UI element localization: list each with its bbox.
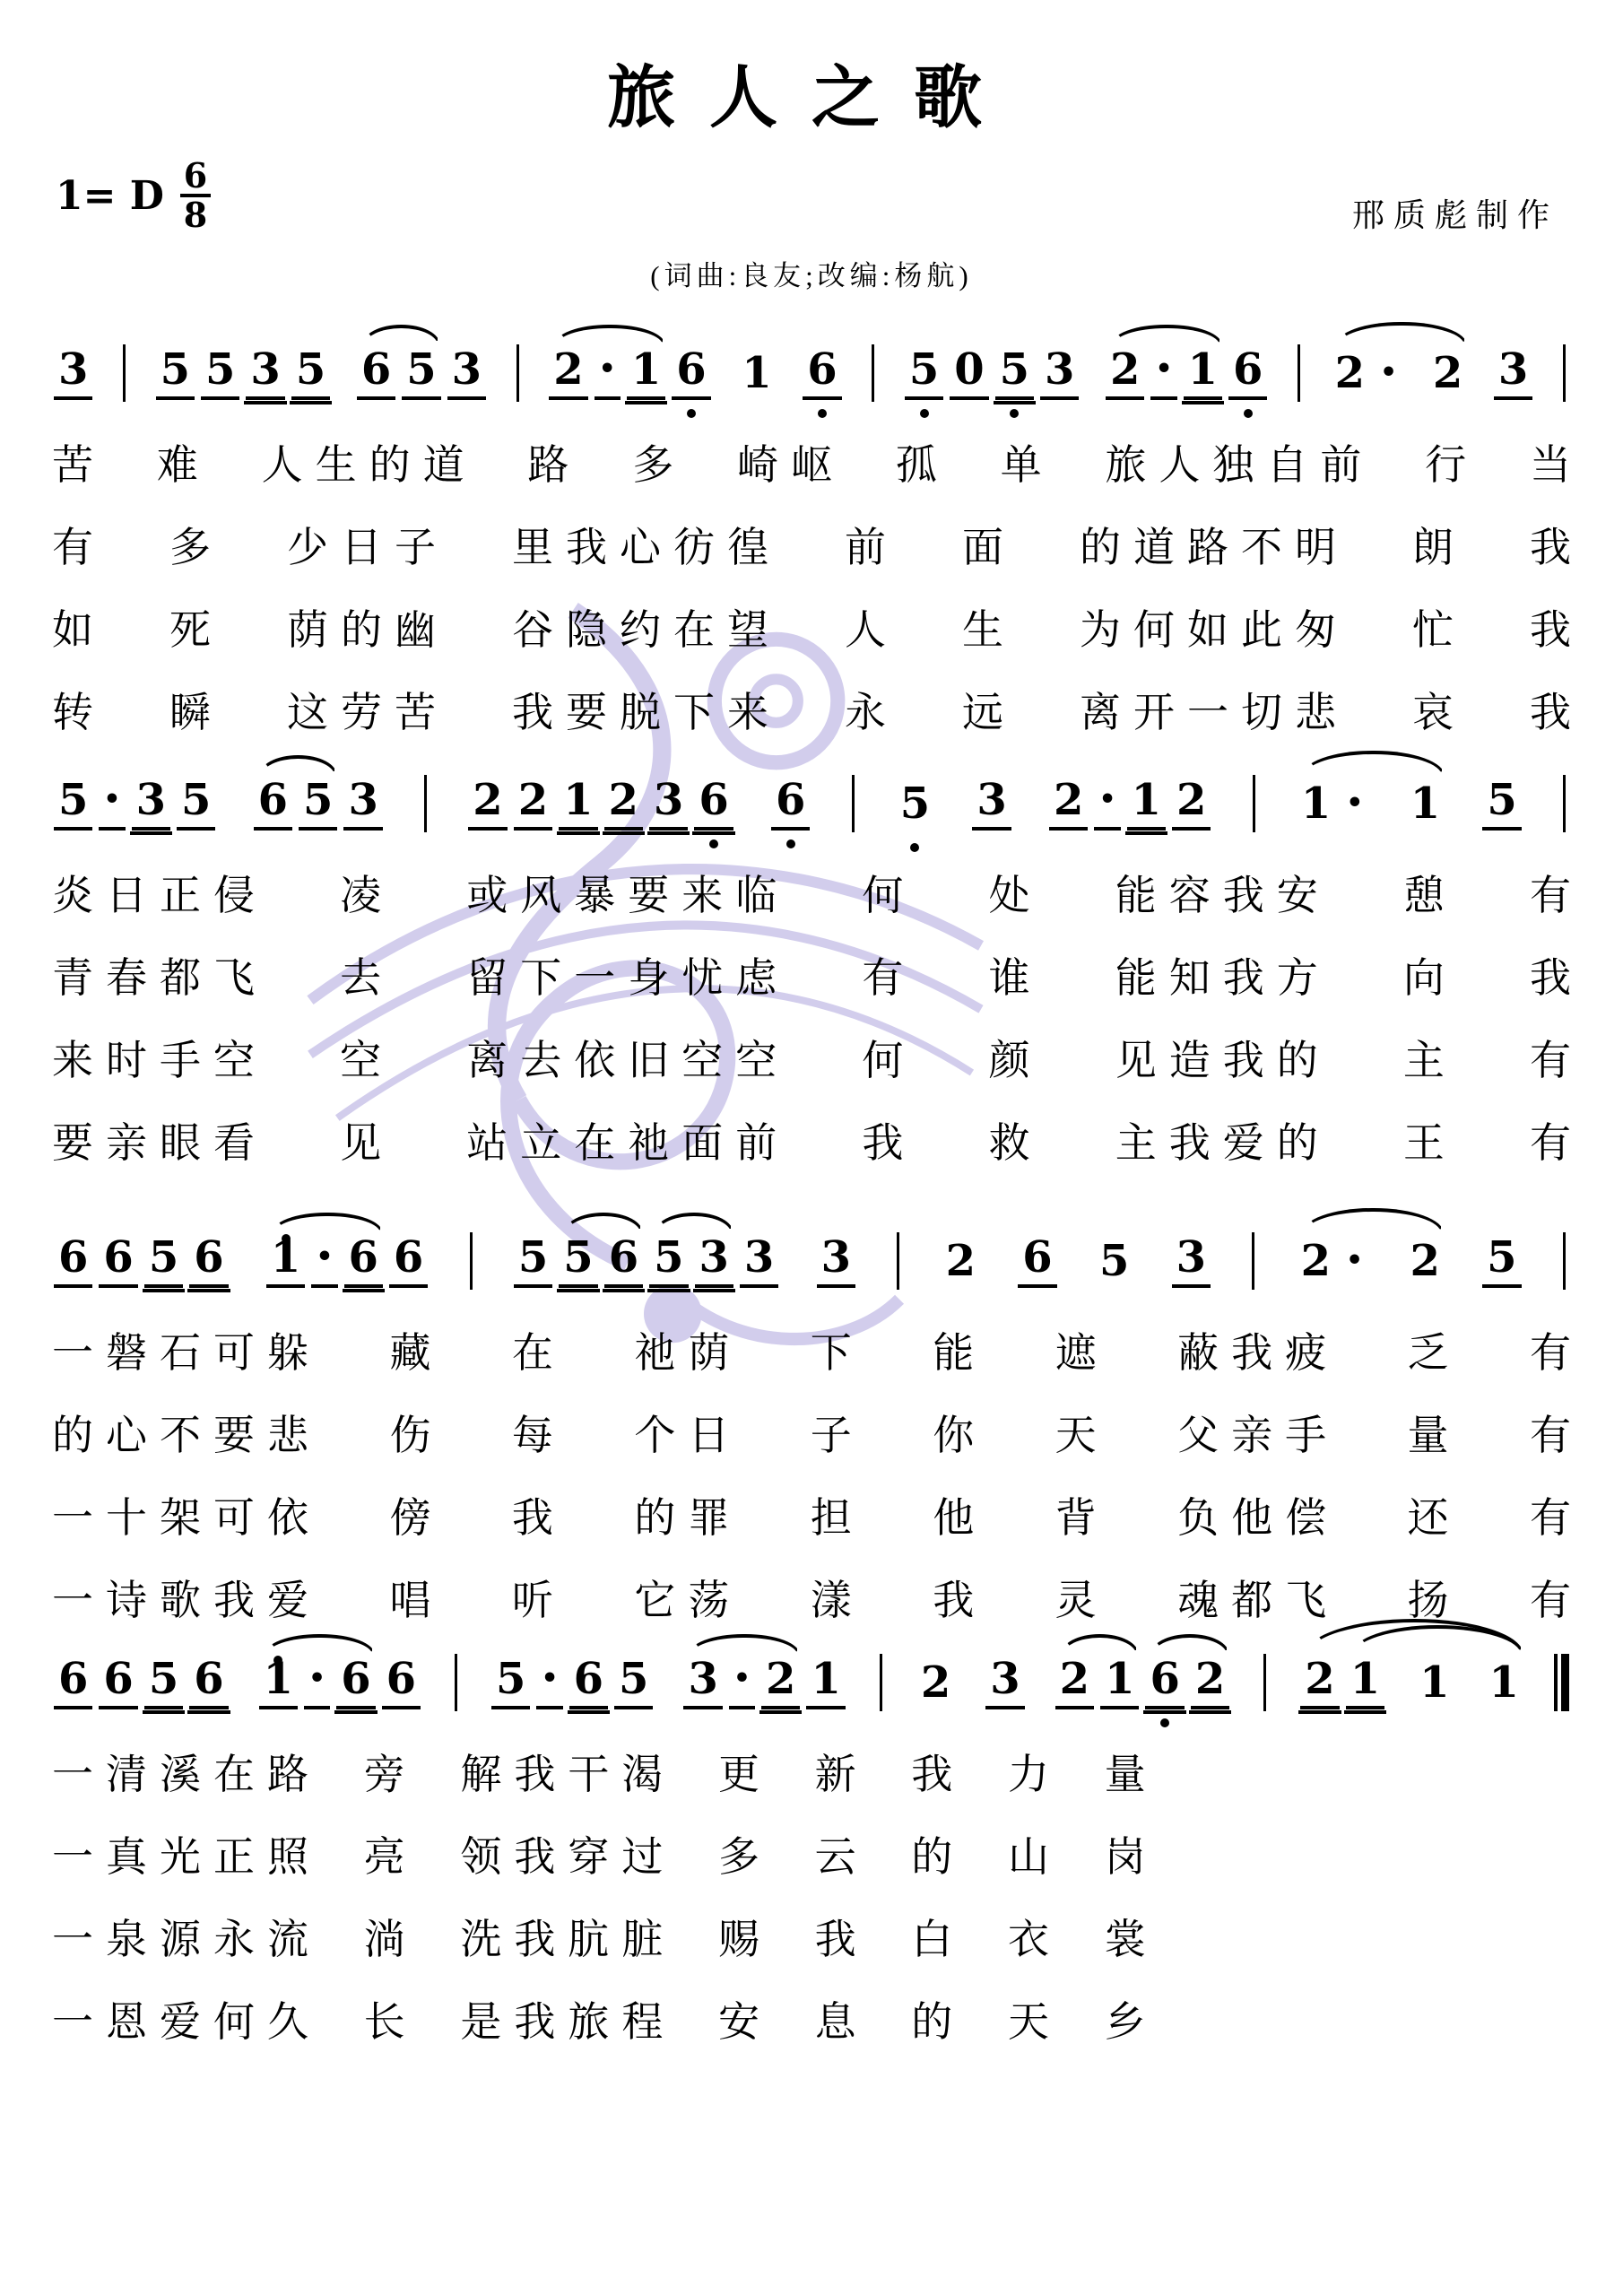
lyric-group: 单	[1001, 432, 1055, 491]
lyric-row: 一磐石可躲藏在祂荫下能遮蔽我疲乏有	[52, 1320, 1571, 1379]
lyric-group: 孤	[896, 432, 950, 491]
lyric-group: 有	[1530, 1403, 1584, 1462]
lyric-group: 祂荫	[634, 1320, 742, 1379]
note-group: 5•35	[54, 777, 215, 831]
lyric-group: 我	[1530, 515, 1584, 574]
low-octave-dot	[1160, 1718, 1169, 1727]
lyric-group: 这劳苦	[287, 680, 448, 739]
note: 2	[1428, 350, 1467, 400]
lyric-row: 苦难人生的道路多崎岖孤单旅人独自前行当	[52, 432, 1571, 491]
lyric-row: 炎日正侵凌或风暴要来临何处能容我安憩有	[52, 863, 1571, 922]
lyric-group: 量	[1408, 1403, 1462, 1462]
note: 3	[132, 777, 170, 831]
note-group: 1•	[1297, 780, 1368, 831]
note: 5	[649, 1234, 688, 1288]
note: 5	[291, 346, 330, 400]
lyric-group: 息	[815, 1989, 869, 2048]
note: 1	[1100, 1656, 1139, 1709]
lyric-row: 一泉源永流淌洗我肮脏赐我白衣裳	[52, 1907, 1146, 1966]
lyric-group: 有	[862, 945, 916, 1004]
lyric-group: 我	[815, 1907, 869, 1966]
lyric-group: 是我旅程	[460, 1989, 675, 2048]
lyric-group: 能知我方	[1115, 945, 1331, 1004]
note-group: 2•16	[1106, 346, 1267, 400]
lyric-group: 有	[1530, 1485, 1584, 1544]
note: 6	[336, 1656, 375, 1709]
note: 3	[447, 346, 486, 400]
lyric-group: 新	[815, 1742, 869, 1801]
lyric-group: 有	[1530, 863, 1584, 922]
lyric-group: 人生的道	[262, 432, 477, 491]
lyric-group: 父亲手	[1177, 1403, 1339, 1462]
note-group: 2•	[1297, 1238, 1368, 1288]
note: 1	[1127, 777, 1166, 831]
note-group: 653	[357, 346, 486, 400]
augmentation-dot: •	[99, 777, 125, 831]
barline	[470, 1232, 473, 1290]
lyric-group: 一磐石可躲	[52, 1320, 321, 1379]
lyric-group: 站立在祂面前	[466, 1110, 789, 1170]
note: 6	[1228, 346, 1267, 400]
lyric-group: 憩	[1403, 863, 1457, 922]
note-group: 2•12	[1049, 777, 1211, 831]
note: 3	[246, 346, 284, 400]
note: 5	[201, 346, 239, 400]
lyric-group: 的	[911, 1824, 965, 1883]
note-group: 2	[1428, 350, 1467, 400]
note: 5	[144, 1234, 183, 1288]
lyric-group: 我	[862, 1110, 916, 1170]
lyric-group: 王	[1403, 1110, 1457, 1170]
lyric-group: 青春都飞	[52, 945, 267, 1004]
system-3: 66561•66556533326532•25 一磐石可躲藏在祂荫下能遮蔽我疲乏…	[52, 1191, 1571, 1650]
lyric-group: 伤	[389, 1403, 443, 1462]
note: 1	[1297, 780, 1335, 831]
note: 1	[737, 350, 776, 400]
lyric-group: 我	[512, 1485, 566, 1544]
note-group: 3	[972, 777, 1011, 831]
lyric-group: 有	[1530, 1028, 1584, 1087]
lyric-group: 担	[811, 1485, 864, 1544]
lyric-group: 的罪	[634, 1485, 742, 1544]
low-octave-dot	[920, 409, 929, 418]
lyric-group: 处	[989, 863, 1043, 922]
note: 2	[916, 1659, 955, 1709]
note: 5	[177, 777, 215, 831]
note: 5	[54, 777, 92, 831]
lyric-group: 救	[989, 1110, 1043, 1170]
lyric-group: 空	[340, 1028, 394, 1087]
lyric-group: 荫的幽	[287, 597, 448, 657]
note: 6	[771, 777, 810, 831]
barline	[455, 1654, 457, 1711]
note: 2	[1297, 1238, 1335, 1288]
lyric-group: 有	[1530, 1320, 1584, 1379]
lyric-group: 颜	[989, 1028, 1043, 1087]
lyrics-block: 苦难人生的道路多崎岖孤单旅人独自前行当有多少日子里我心彷徨前面的道路不明朗我如死…	[52, 432, 1571, 739]
arranger-credit: 邢质彪制作	[1352, 190, 1558, 236]
note: 2	[942, 1238, 980, 1288]
lyric-group: 死	[169, 597, 223, 657]
lyric-group: 解我干渴	[460, 1742, 675, 1801]
note-group: 5	[896, 780, 934, 831]
lyric-group: 当	[1530, 432, 1584, 491]
lyric-group: 生	[962, 597, 1016, 657]
lyric-group: 旁	[364, 1742, 418, 1801]
lyric-group: 路	[527, 432, 581, 491]
lyric-group: 长	[364, 1989, 418, 2048]
note: 5	[514, 1234, 552, 1288]
lyric-group: 还	[1408, 1485, 1462, 1544]
lyric-group: 你	[933, 1403, 986, 1462]
lyric-group: 里我心彷徨	[512, 515, 781, 574]
note-group: 653	[254, 777, 383, 831]
lyric-group: 安	[718, 1989, 772, 2048]
lyric-group: 远	[962, 680, 1016, 739]
lyric-group: 离开一切悲	[1080, 680, 1349, 739]
note: 5	[559, 1234, 597, 1288]
note-group: 1	[1406, 780, 1445, 831]
lyric-group: 崎岖	[737, 432, 845, 491]
lyric-row: 有多少日子里我心彷徨前面的道路不明朗我	[52, 515, 1571, 574]
note: 6	[99, 1234, 137, 1288]
lyric-group: 前	[845, 515, 898, 574]
note: 3	[649, 777, 688, 831]
note: 6	[569, 1656, 608, 1709]
slur	[272, 1213, 382, 1233]
barline	[424, 775, 427, 832]
note-group: 2•16	[549, 346, 710, 400]
lyric-row: 来时手空空离去依旧空空何颜见造我的主有	[52, 1028, 1571, 1087]
augmentation-dot: •	[304, 1656, 330, 1709]
slur	[1336, 322, 1466, 345]
note: 1	[806, 1656, 845, 1709]
lyric-group: 亮	[364, 1824, 418, 1883]
lyric-group: 转	[52, 680, 106, 739]
low-octave-dot	[786, 839, 795, 848]
barline	[1563, 1232, 1566, 1290]
time-numerator: 6	[180, 160, 211, 192]
lyric-group: 行	[1425, 432, 1479, 491]
note-group: 3	[817, 1234, 855, 1288]
lyric-group: 有	[52, 515, 106, 574]
lyric-group: 量	[1105, 1742, 1159, 1801]
lyric-group: 一恩爱何久	[52, 1989, 321, 2048]
note-group: 556533	[514, 1234, 778, 1288]
note: 5	[995, 346, 1034, 400]
lyric-group: 他	[933, 1485, 986, 1544]
barline	[123, 344, 126, 402]
lyric-group: 忙	[1412, 597, 1466, 657]
lyric-group: 去	[340, 945, 394, 1004]
lyric-group: 遮	[1055, 1320, 1109, 1379]
sheet-music-page: 旅人之歌 1= D 6 8 邢质彪制作 (词曲:良友;改编:杨航) 355356…	[0, 0, 1623, 2296]
note: 2	[468, 777, 507, 831]
lyric-group: 留下一身忧虑	[466, 945, 789, 1004]
note-group: 6656	[54, 1656, 229, 1709]
lyrics-block: 一磐石可躲藏在祂荫下能遮蔽我疲乏有的心不要悲伤每个日子你天父亲手量有一十架可依傍…	[52, 1320, 1571, 1627]
note: 2	[1405, 1238, 1444, 1288]
barline	[1298, 344, 1300, 402]
note: 1	[1346, 1656, 1384, 1709]
lyric-group: 在	[512, 1320, 566, 1379]
augmentation-dot: •	[1341, 1238, 1367, 1288]
lyric-group: 谷隐约在望	[512, 597, 781, 657]
time-denominator: 8	[180, 199, 211, 231]
lyric-group: 人	[845, 597, 898, 657]
lyric-row: 要亲眼看见站立在祂面前我救主我爱的王有	[52, 1110, 1571, 1170]
lyric-group: 谁	[989, 945, 1043, 1004]
note: 2	[514, 777, 552, 831]
note: 5	[144, 1656, 183, 1709]
note: 3	[1172, 1234, 1211, 1288]
note: 1	[627, 346, 665, 400]
notation-line: 66561•66556533326532•25	[52, 1191, 1571, 1317]
note-group: 6	[771, 777, 810, 831]
note: 5	[905, 346, 943, 400]
note-group: 2	[916, 1659, 955, 1709]
note: 6	[672, 346, 710, 400]
note: 3	[740, 1234, 778, 1288]
slur	[259, 755, 336, 776]
note-group: 21	[1300, 1656, 1384, 1709]
note: 5	[156, 346, 195, 400]
lyric-group: 傍	[389, 1485, 443, 1544]
lyric-group: 我	[1530, 945, 1584, 1004]
note: 2	[1106, 346, 1144, 400]
lyric-group: 多	[632, 432, 686, 491]
barline	[1563, 344, 1566, 402]
augmentation-dot: •	[1094, 777, 1120, 831]
note: 2	[1331, 350, 1369, 400]
note: 6	[54, 1234, 92, 1288]
slur	[564, 1213, 642, 1233]
song-title: 旅人之歌	[0, 43, 1623, 141]
note: 3	[683, 1656, 722, 1709]
lyric-group: 见	[340, 1110, 394, 1170]
lyric-row: 转瞬这劳苦我要脱下来永远离开一切悲哀我	[52, 680, 1571, 739]
lyric-group: 更	[718, 1742, 772, 1801]
note-group: 5535	[156, 346, 331, 400]
key-signature: 1= D 6 8	[56, 160, 211, 231]
lyric-group: 何	[862, 1028, 916, 1087]
barline	[897, 1232, 899, 1290]
note: 2	[1055, 1656, 1094, 1709]
note-group: 2•	[1331, 350, 1402, 400]
lyric-group: 白	[911, 1907, 965, 1966]
lyric-group: 乏	[1408, 1320, 1462, 1379]
lyric-group: 要亲眼看	[52, 1110, 267, 1170]
note-group: 6	[1018, 1234, 1056, 1288]
lyric-group: 难	[157, 432, 211, 491]
lyric-row: 一清溪在路旁解我干渴更新我力量	[52, 1742, 1146, 1801]
note-group: 1	[737, 350, 776, 400]
lyric-group: 离去依旧空空	[466, 1028, 789, 1087]
note: 5	[491, 1656, 530, 1709]
slur	[689, 1634, 799, 1655]
augmentation-dot: •	[1341, 780, 1367, 831]
lyric-group: 有	[1530, 1110, 1584, 1170]
lyric-row: 一恩爱何久长是我旅程安息的天乡	[52, 1989, 1146, 2048]
lyric-group: 淌	[364, 1907, 418, 1966]
lyric-group: 岗	[1105, 1824, 1159, 1883]
notation-line: 66561•665•653•212321622111	[52, 1613, 1571, 1738]
lyric-group: 苦	[52, 432, 106, 491]
note: 2	[761, 1656, 800, 1709]
key-label: 1= D	[56, 173, 164, 219]
note-group: 3•21	[683, 1656, 845, 1709]
lyric-group: 我要脱下来	[512, 680, 781, 739]
note: 3	[1040, 346, 1079, 400]
lyric-group: 少日子	[287, 515, 448, 574]
lyric-row: 一十架可依傍我的罪担他背负他偿还有	[52, 1485, 1571, 1544]
barline	[852, 775, 855, 832]
lyric-group: 多	[718, 1824, 772, 1883]
lyric-group: 一泉源永流	[52, 1907, 321, 1966]
note: 6	[189, 1234, 228, 1288]
slur	[1111, 325, 1221, 345]
slur	[655, 1213, 733, 1233]
lyric-group: 蔽我疲	[1177, 1320, 1339, 1379]
note-group: 1•66	[259, 1656, 421, 1709]
lyric-group: 天	[1055, 1403, 1109, 1462]
lyric-row: 的心不要悲伤每个日子你天父亲手量有	[52, 1403, 1571, 1462]
note: 3	[695, 1234, 733, 1288]
note: 3	[817, 1234, 855, 1288]
final-barline	[1554, 1654, 1569, 1711]
note: 3	[54, 346, 92, 400]
note: 6	[694, 777, 733, 831]
note: 2	[1049, 777, 1088, 831]
note: 2	[1300, 1656, 1339, 1709]
note: 6	[389, 1234, 428, 1288]
lyric-row: 青春都飞去留下一身忧虑有谁能知我方向我	[52, 945, 1571, 1004]
rest-note: 0	[950, 346, 988, 400]
augmentation-dot: •	[729, 1656, 755, 1709]
slur	[1302, 1208, 1443, 1233]
slur	[1061, 1634, 1138, 1655]
low-octave-dot	[1010, 409, 1019, 418]
augmentation-dot: •	[1150, 346, 1176, 400]
lyric-group: 哀	[1412, 680, 1466, 739]
lyrics-block: 一清溪在路旁解我干渴更新我力量一真光正照亮领我穿过多云的山岗一泉源永流淌洗我肮脏…	[52, 1742, 1146, 2048]
note-group: 1	[1485, 1659, 1523, 1709]
note: 5	[1482, 1234, 1521, 1288]
lyric-group: 的	[911, 1989, 965, 2048]
note: 5	[402, 346, 440, 400]
augmentation-dot: •	[311, 1234, 337, 1288]
system-2: 5•356532212366532•121•15 炎日正侵凌或风暴要来临何处能容…	[52, 734, 1571, 1193]
note: 5	[896, 780, 934, 831]
barline	[516, 344, 519, 402]
lyric-group: 何	[862, 863, 916, 922]
note-group: 2	[1405, 1238, 1444, 1288]
low-octave-dot	[1244, 409, 1253, 418]
low-octave-dot	[818, 409, 827, 418]
note: 6	[54, 1656, 92, 1709]
lyric-group: 我	[911, 1742, 965, 1801]
note: 6	[344, 1234, 383, 1288]
lyric-group: 的道路不明	[1080, 515, 1349, 574]
lyric-group: 力	[1008, 1742, 1062, 1801]
lyric-group: 旅人独自前	[1105, 432, 1374, 491]
notation-line: 355356532•161650532•162•23	[52, 303, 1571, 429]
slur	[1150, 1634, 1228, 1655]
lyric-group: 永	[845, 680, 898, 739]
lyric-group: 朗	[1412, 515, 1466, 574]
barline	[1253, 775, 1255, 832]
slur	[1302, 751, 1444, 776]
lyric-group: 一真光正照	[52, 1824, 321, 1883]
note-group: 5053	[905, 346, 1080, 400]
lyric-group: 裳	[1105, 1907, 1159, 1966]
lyric-group: 一十架可依	[52, 1485, 321, 1544]
note: 3	[1494, 346, 1532, 400]
slur	[362, 325, 439, 345]
lyric-group: 或风暴要来临	[466, 863, 789, 922]
lyric-group: 能容我安	[1115, 863, 1331, 922]
note-group: 2	[942, 1238, 980, 1288]
slur	[265, 1634, 374, 1655]
lyric-group: 我	[1530, 680, 1584, 739]
note: 1	[1415, 1659, 1454, 1709]
note: 3	[972, 777, 1011, 831]
lyric-group: 山	[1008, 1824, 1062, 1883]
note-group: 5	[1482, 1234, 1521, 1288]
lyric-group: 炎日正侵	[52, 863, 267, 922]
note: 5	[614, 1656, 653, 1709]
low-octave-dot	[709, 839, 718, 848]
note-group: 3	[54, 346, 92, 400]
note: 5	[1095, 1238, 1133, 1288]
lyric-group: 衣	[1008, 1907, 1062, 1966]
lyric-row: 如死荫的幽谷隐约在望人生为何如此匆忙我	[52, 597, 1571, 657]
note: 3	[343, 777, 382, 831]
barline	[1263, 1654, 1266, 1711]
lyric-group: 负他偿	[1177, 1485, 1339, 1544]
note: 1	[1184, 346, 1222, 400]
slur	[554, 325, 664, 345]
lyric-group: 见造我的	[1115, 1028, 1331, 1087]
note-group: 3	[985, 1656, 1024, 1709]
note: 2	[1172, 777, 1211, 831]
barline	[1252, 1232, 1254, 1290]
note: 6	[1018, 1234, 1056, 1288]
time-signature: 6 8	[180, 160, 211, 231]
note: 6	[604, 1234, 643, 1288]
lyrics-block: 炎日正侵凌或风暴要来临何处能容我安憩有青春都飞去留下一身忧虑有谁能知我方向我来时…	[52, 863, 1571, 1170]
barline	[1563, 775, 1566, 832]
note: 6	[254, 777, 292, 831]
note: 6	[803, 346, 841, 400]
lyric-group: 背	[1055, 1485, 1109, 1544]
note: 2	[549, 346, 587, 400]
note: 1	[559, 777, 597, 831]
note-group: 6656	[54, 1234, 229, 1288]
note: 1	[1406, 780, 1445, 831]
low-octave-dot	[910, 843, 919, 852]
augmentation-dot: •	[1376, 350, 1402, 400]
note-group: 6	[803, 346, 841, 400]
note: 6	[357, 346, 395, 400]
lyric-group: 主	[1403, 1028, 1457, 1087]
note: 2	[604, 777, 643, 831]
augmentation-dot: •	[536, 1656, 562, 1709]
lyric-group: 一清溪在路	[52, 1742, 321, 1801]
lyric-group: 向	[1403, 945, 1457, 1004]
note: 1	[1485, 1659, 1523, 1709]
note-group: 2162	[1055, 1656, 1230, 1709]
